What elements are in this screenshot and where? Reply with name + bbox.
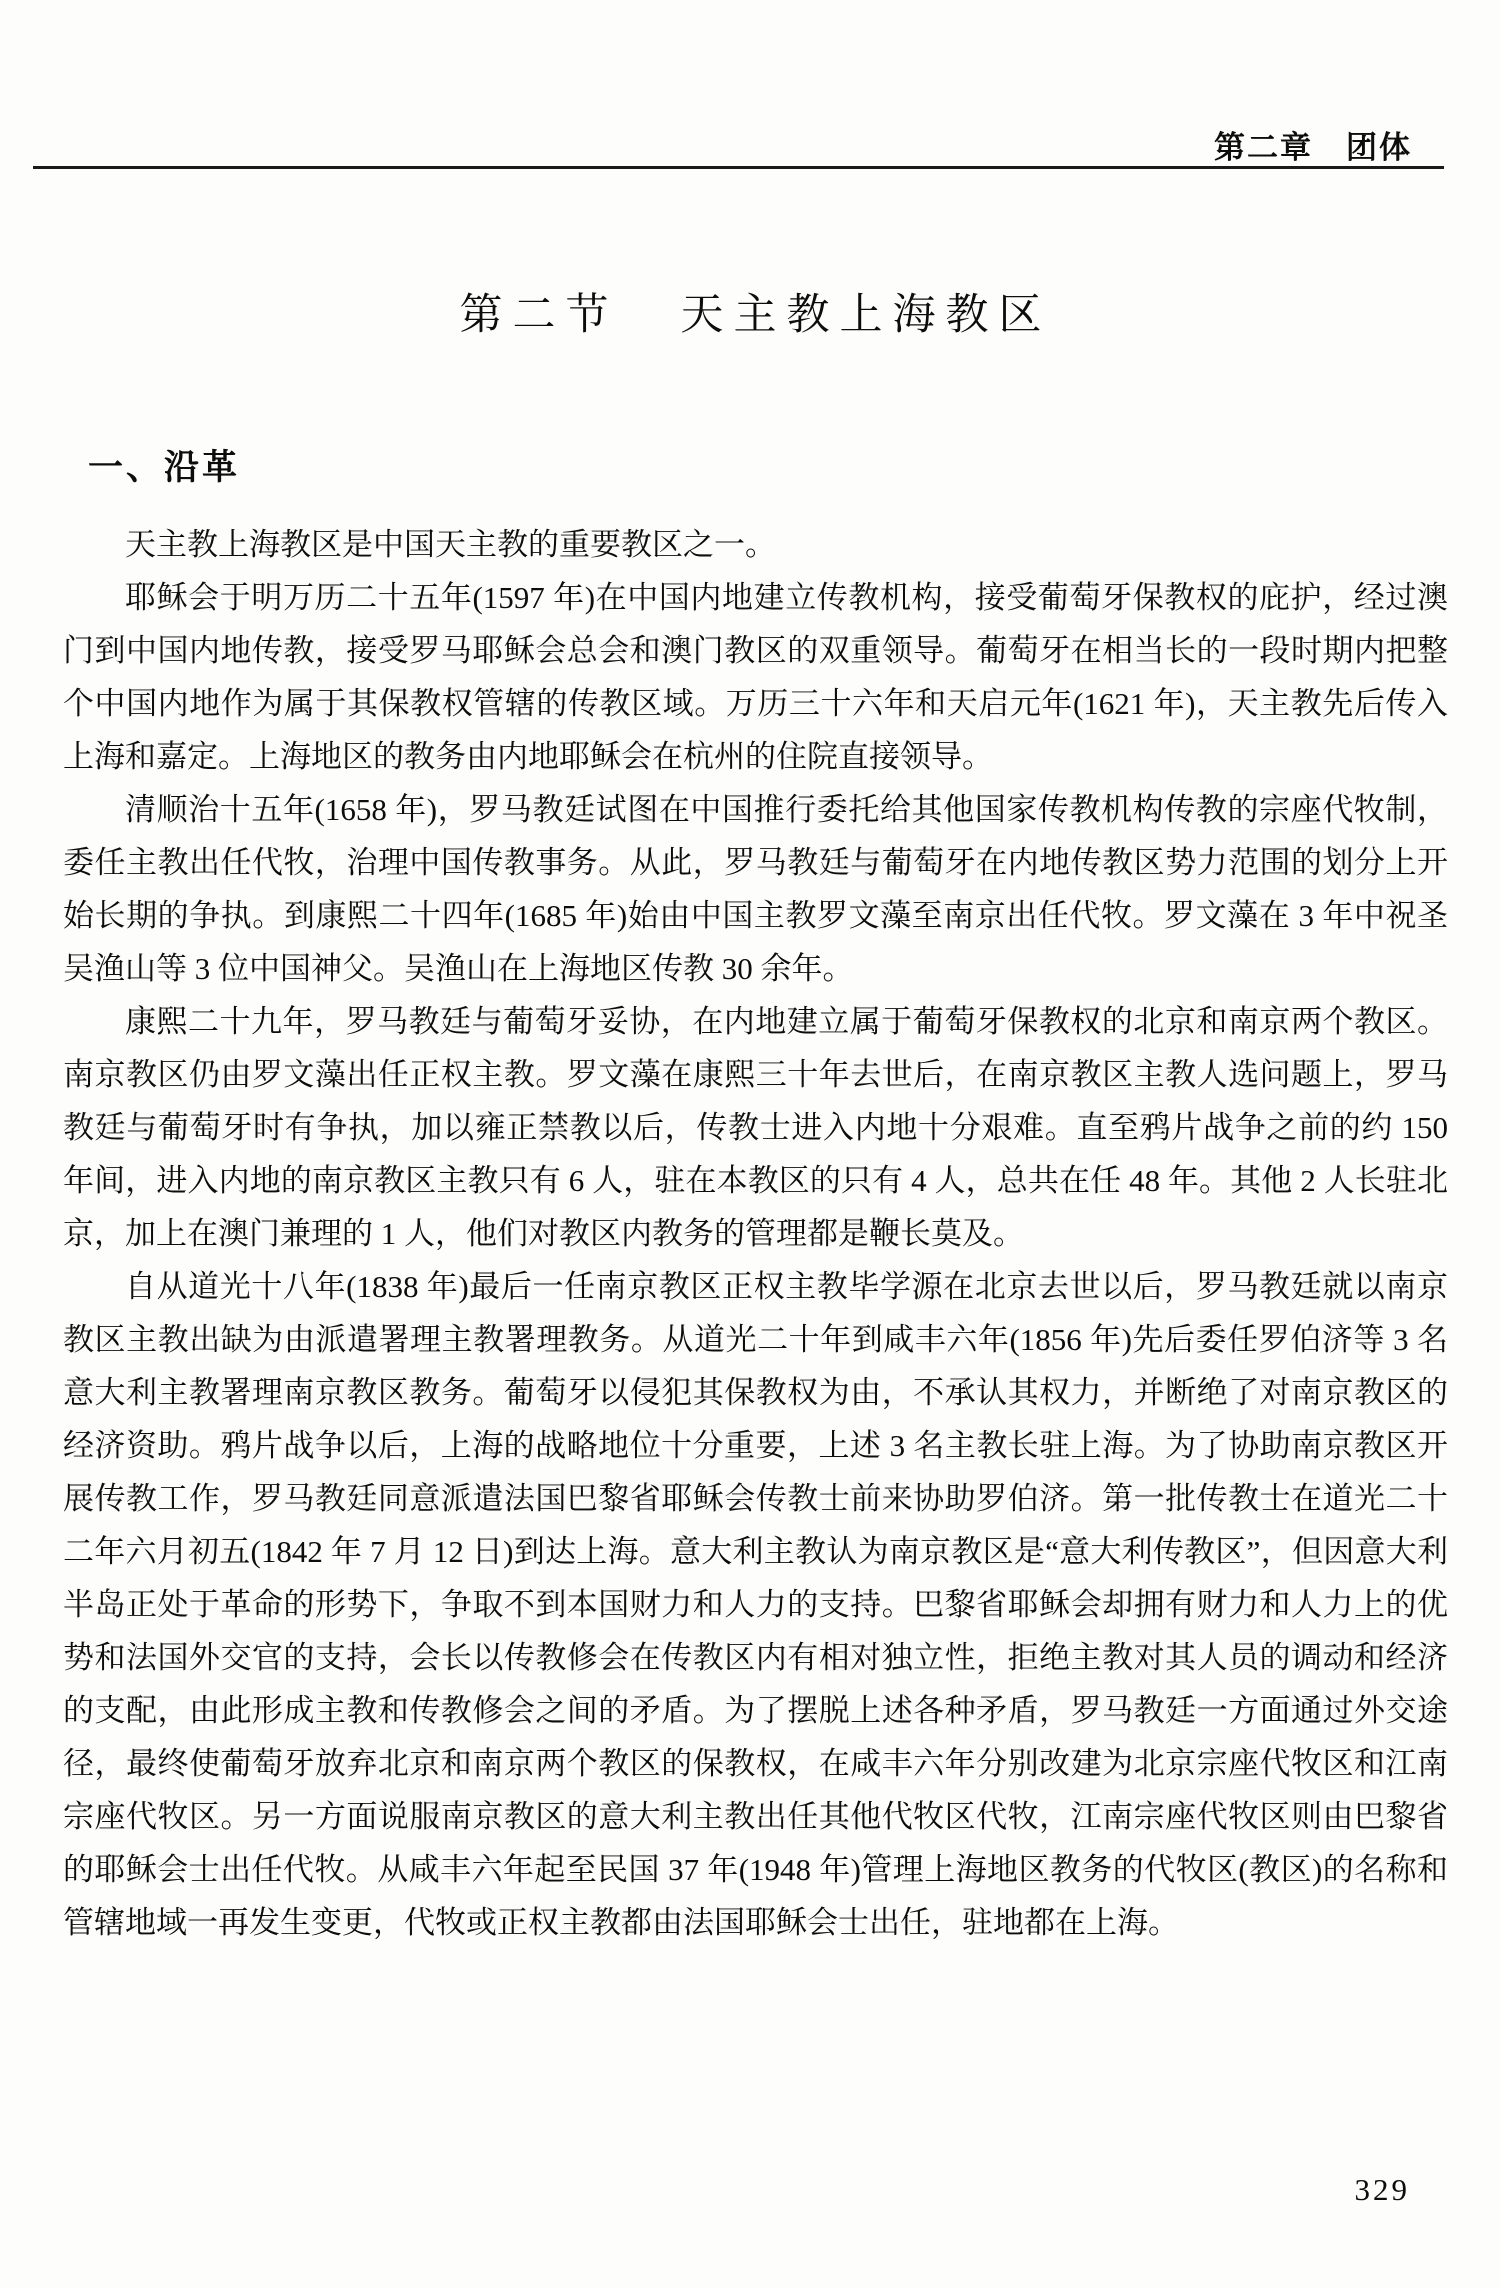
paragraph: 清顺治十五年(1658 年)，罗马教廷试图在中国推行委托给其他国家传教机构传教的… xyxy=(63,783,1448,995)
page-title: 第二节天主教上海教区 xyxy=(63,281,1448,342)
paragraph: 耶稣会于明万历二十五年(1597 年)在中国内地建立传教机构，接受葡萄牙保教权的… xyxy=(63,571,1448,783)
paragraph: 天主教上海教区是中国天主教的重要教区之一。 xyxy=(63,518,1448,571)
paragraph: 康熙二十九年，罗马教廷与葡萄牙妥协，在内地建立属于葡萄牙保教权的北京和南京两个教… xyxy=(63,995,1448,1260)
header-rule xyxy=(33,166,1444,169)
running-header-chapter: 第二章 团体 xyxy=(1214,122,1412,167)
subsection-heading: 一、沿革 xyxy=(88,440,240,490)
paragraph: 自从道光十八年(1838 年)最后一任南京教区正权主教毕学源在北京去世以后，罗马… xyxy=(63,1260,1448,1949)
body-text: 天主教上海教区是中国天主教的重要教区之一。 耶稣会于明万历二十五年(1597 年… xyxy=(63,518,1448,1949)
section-title-text: 天主教上海教区 xyxy=(681,292,1052,339)
section-number: 第二节 xyxy=(460,292,619,339)
book-page: 第二章 团体 第二节天主教上海教区 一、沿革 天主教上海教区是中国天主教的重要教… xyxy=(0,0,1500,2288)
page-number: 329 xyxy=(1355,2172,1411,2208)
